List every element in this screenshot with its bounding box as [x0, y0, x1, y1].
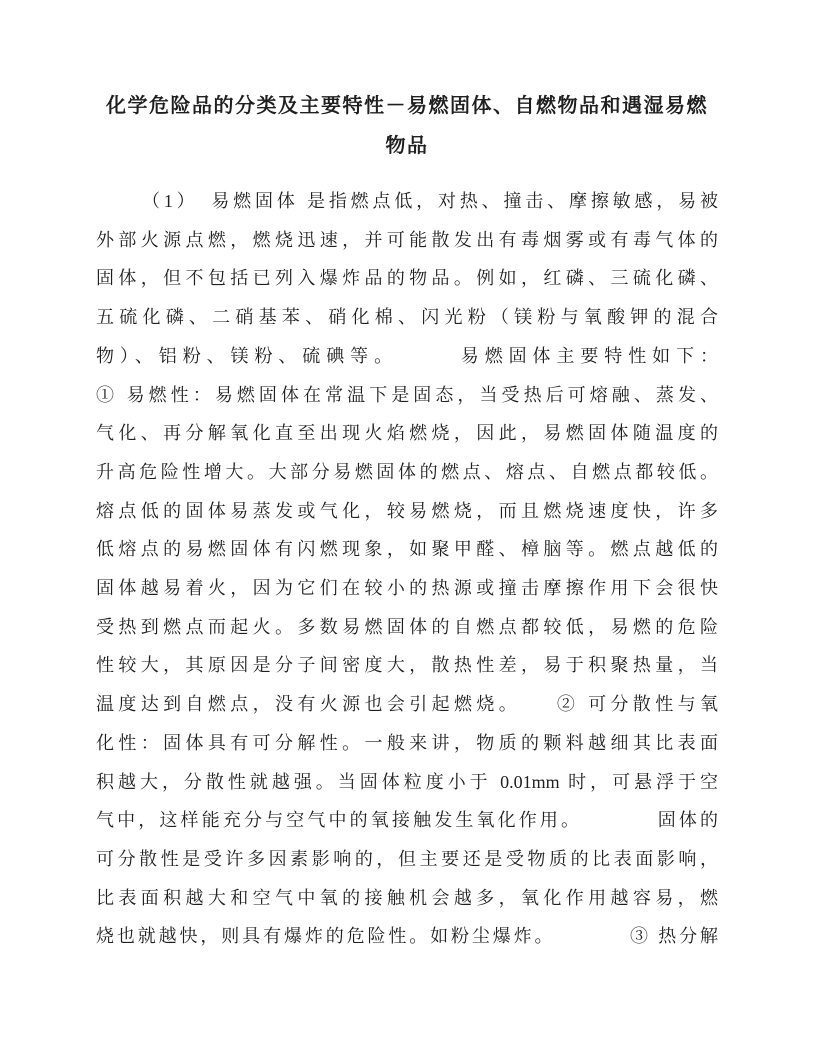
- body-line-15: 化性：固体具有可分解性。一般来讲，物质的颗料越细其比表面: [96, 724, 718, 763]
- body-line-16: 积越大，分散性就越强。当固体粒度小于 0.01mm 时，可悬浮于空: [96, 763, 718, 802]
- body-line-5: 物）、铝粉、镁粉、硫碘等。 易燃固体主要特性如下：: [96, 337, 718, 376]
- document-body: （1） 易燃固体 是指燃点低，对热、撞击、摩擦敏感，易被 外部火源点燃，燃烧迅速…: [96, 182, 718, 956]
- title-line-2: 物品: [96, 126, 718, 166]
- body-line-1: （1） 易燃固体 是指燃点低，对热、撞击、摩擦敏感，易被: [96, 182, 718, 221]
- title-line-1: 化学危险品的分类及主要特性－易燃固体、自燃物品和遇湿易燃: [96, 86, 718, 126]
- body-line-6: ① 易燃性：易燃固体在常温下是固态，当受热后可熔融、蒸发、: [96, 376, 718, 415]
- body-line-20: 烧也就越快，则具有爆炸的危险性。如粉尘爆炸。 ③ 热分解: [96, 917, 718, 956]
- document-title: 化学危险品的分类及主要特性－易燃固体、自燃物品和遇湿易燃 物品: [96, 86, 718, 166]
- body-line-12: 受热到燃点而起火。多数易燃固体的自燃点都较低，易燃的危险: [96, 608, 718, 647]
- body-line-3: 固体，但不包括已列入爆炸品的物品。例如，红磷、三硫化磷、: [96, 259, 718, 298]
- body-line-4: 五硫化磷、二硝基苯、硝化棉、闪光粉（镁粉与氧酸钾的混合: [96, 298, 718, 337]
- body-line-17: 气中，这样能充分与空气中的氧接触发生氧化作用。 固体的: [96, 801, 718, 840]
- body-line-18: 可分散性是受许多因素影响的，但主要还是受物质的比表面影响，: [96, 840, 718, 879]
- body-line-2: 外部火源点燃，燃烧迅速，并可能散发出有毒烟雾或有毒气体的: [96, 221, 718, 260]
- body-line-9: 熔点低的固体易蒸发或气化，较易燃烧，而且燃烧速度快，许多: [96, 492, 718, 531]
- body-line-7: 气化、再分解氧化直至出现火焰燃烧，因此，易燃固体随温度的: [96, 414, 718, 453]
- body-line-13: 性较大，其原因是分子间密度大，散热性差，易于积聚热量，当: [96, 646, 718, 685]
- body-line-14: 温度达到自燃点，没有火源也会引起燃烧。 ② 可分散性与氧: [96, 685, 718, 724]
- body-line-10: 低熔点的易燃固体有闪燃现象，如聚甲醛、樟脑等。燃点越低的: [96, 530, 718, 569]
- body-line-11: 固体越易着火，因为它们在较小的热源或撞击摩擦作用下会很快: [96, 569, 718, 608]
- document-page: 化学危险品的分类及主要特性－易燃固体、自燃物品和遇湿易燃 物品 （1） 易燃固体…: [0, 0, 816, 1056]
- body-line-8: 升高危险性增大。大部分易燃固体的燃点、熔点、自燃点都较低。: [96, 453, 718, 492]
- body-line-19: 比表面积越大和空气中氧的接触机会越多，氧化作用越容易，燃: [96, 879, 718, 918]
